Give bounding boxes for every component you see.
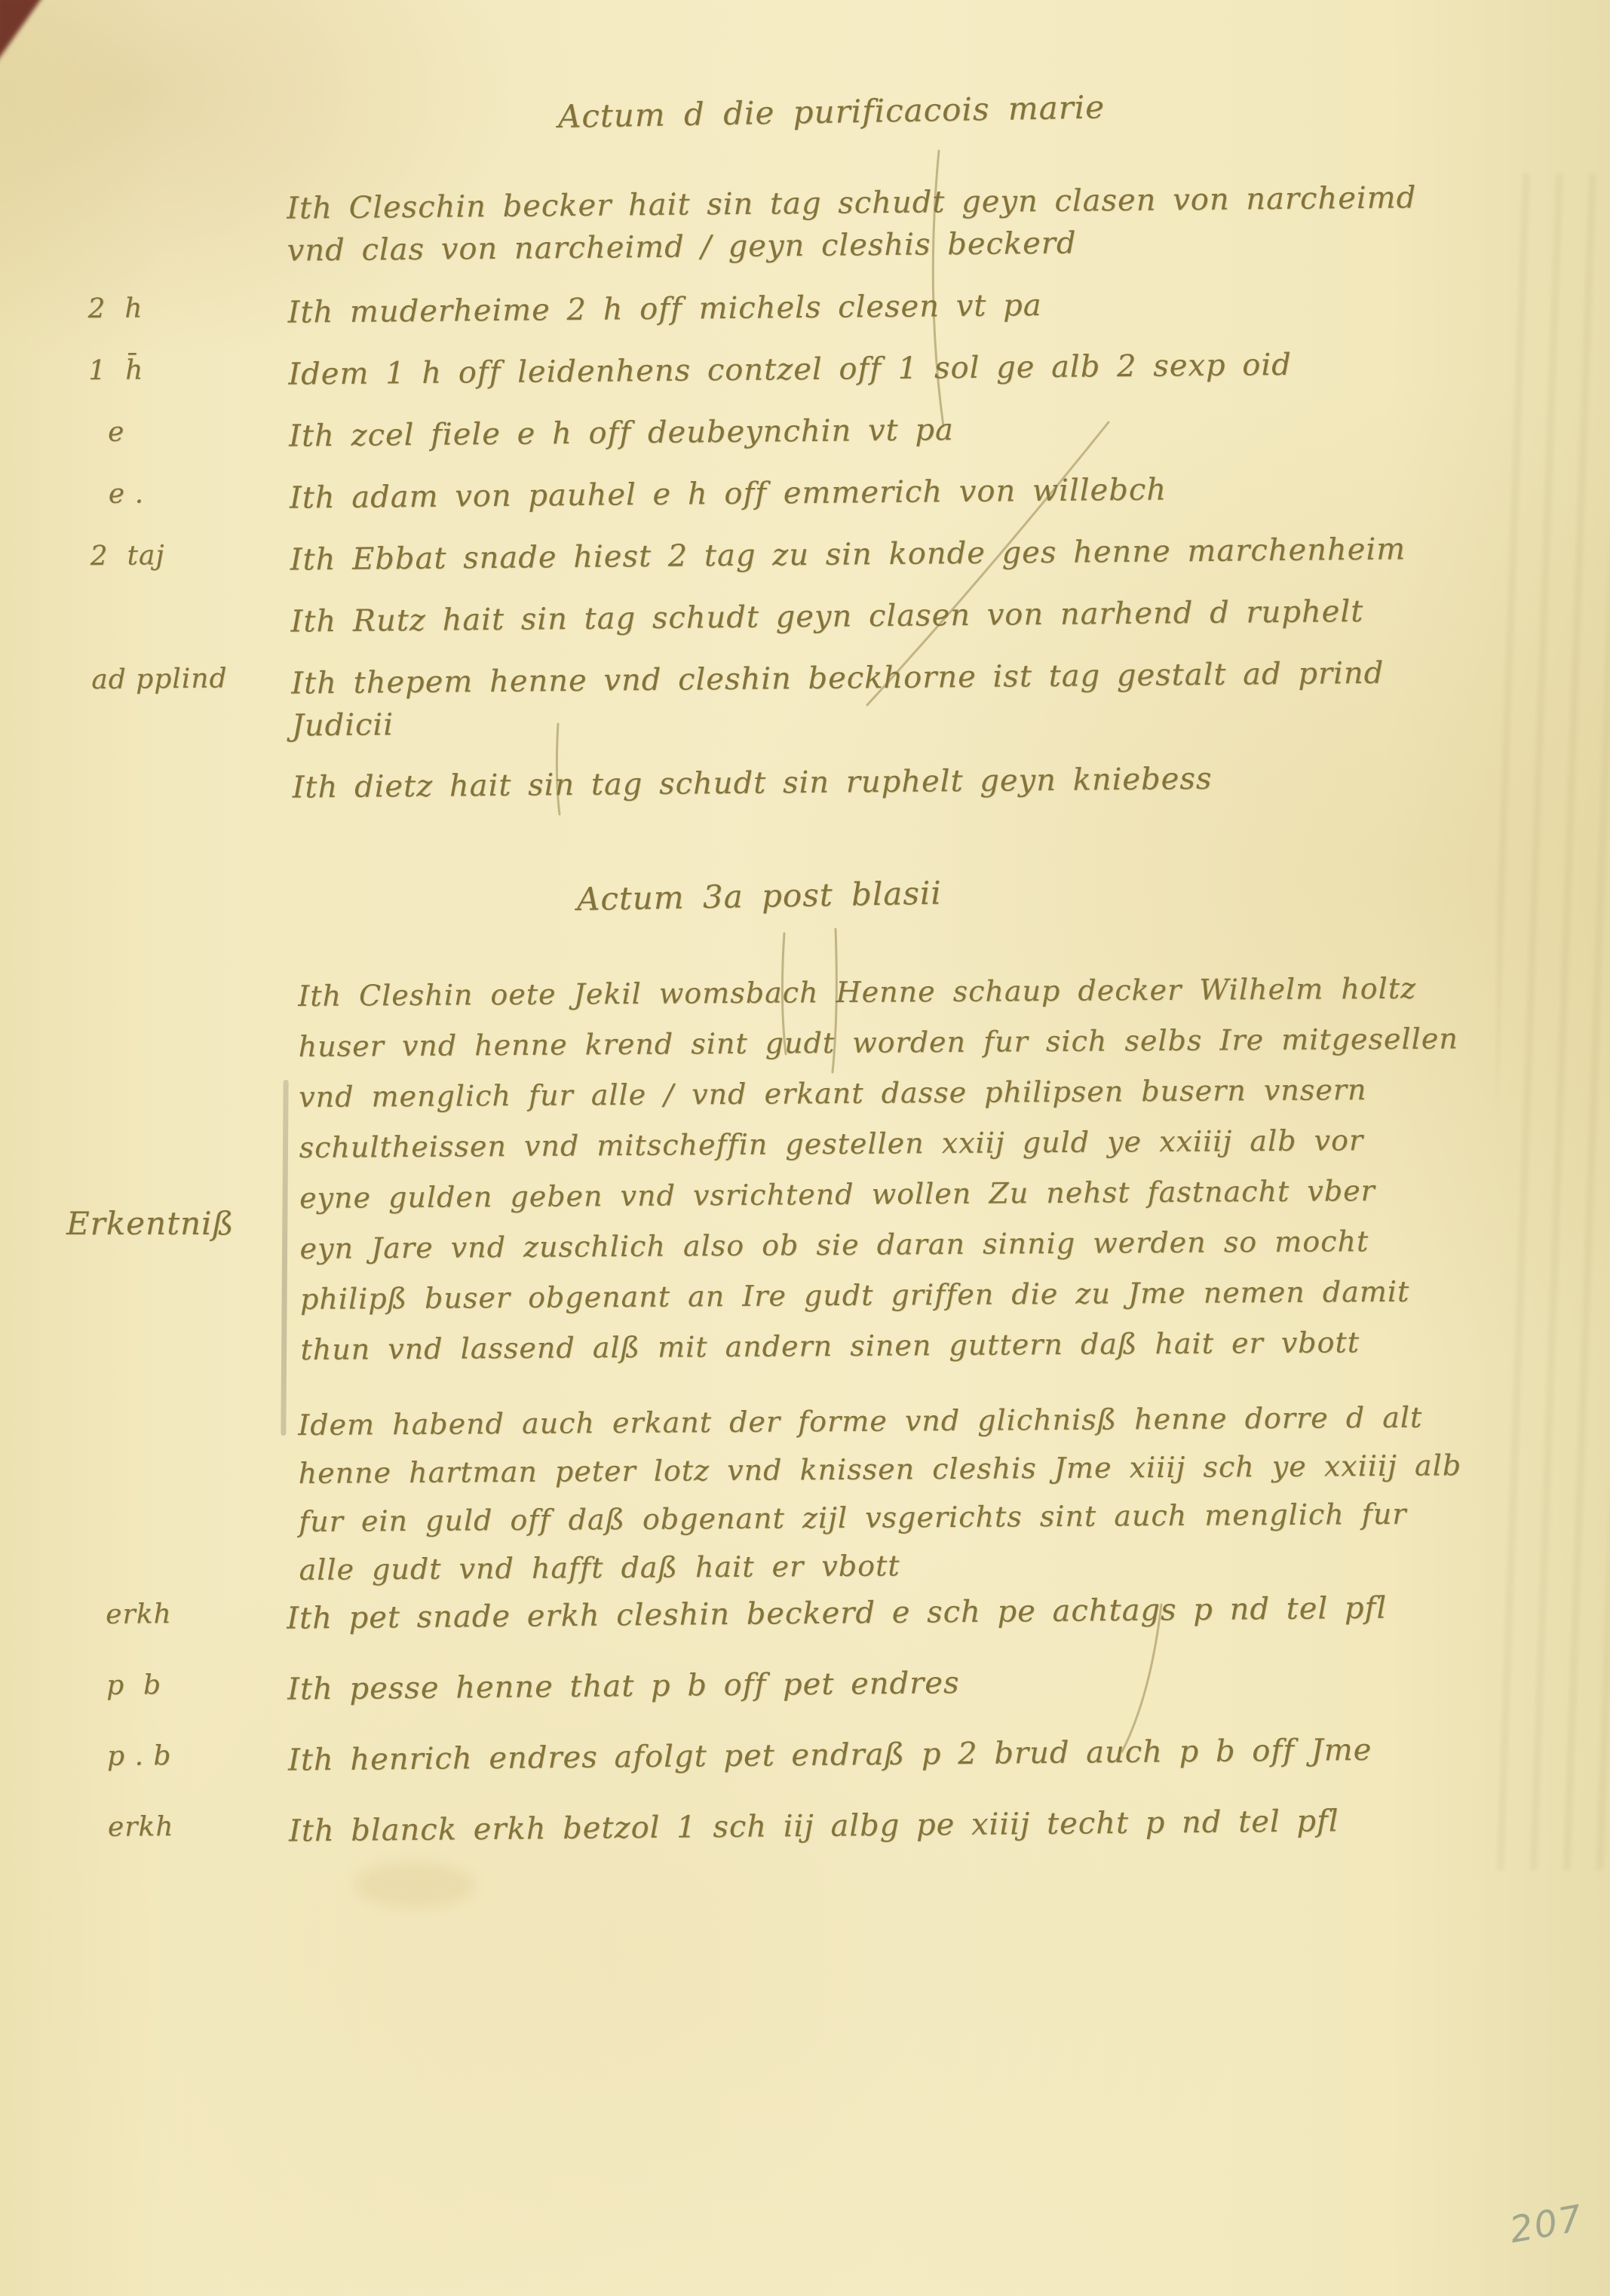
margin-label: 2 taj [26,539,290,572]
section-3-entries: erkh Ith pet snade erkh cleshin beckerd … [23,1586,1443,1884]
section-1-heading: Actum d die purificacois marie [558,88,1106,135]
manuscript-photograph: { "page": { "folio_number": "207", "pape… [0,0,1610,2296]
register-entry: erkh Ith pet snade erkh cleshin beckerd … [23,1586,1440,1642]
entry-text: Ith dietz hait sin tag schudt sin ruphel… [292,756,1446,809]
entry-text: Ith zcel fiele e h off deubeynchin vt pa [289,404,1443,458]
paragraph-line: Ith Cleshin oete Jekil womsbach Henne sc… [298,963,1452,1022]
register-entry: 2 h Ith muderheime 2 h off michels clese… [23,280,1441,336]
paragraph-line: Idem habend auch erkant der forme vnd gl… [298,1393,1452,1449]
register-entry: erkh Ith blanck erkh betzol 1 sch iij al… [25,1799,1443,1855]
entry-text: Ith adam von pauhel e h off emmerich von… [290,466,1443,520]
register-entry: Ith dietz hait sin tag schudt sin ruphel… [28,756,1446,811]
verso-show-through [1497,173,1610,1870]
margin-label [28,767,292,769]
entry-text: Ith Ebbat snade hiest 2 tag zu sin konde… [290,528,1443,581]
margin-label: p b [23,1669,287,1702]
paragraph-line: vnd menglich fur alle / vnd erkant dasse… [299,1064,1452,1123]
margin-note-erkentnis: Erkentniß [66,1205,235,1242]
margin-label: 1 h̄ [24,354,288,387]
book-corner-shadow [0,0,44,63]
paragraph-line: alle gudt vnd hafft daß hait er vbott [299,1537,1452,1594]
section-1-entries: Ith Cleschin becker hait sin tag schudt … [23,176,1446,831]
margin-label: erkh [23,1598,287,1631]
register-entry: p . b Ith henrich endres afolgt pet endr… [24,1728,1442,1784]
paragraph-line: fur ein guld off daß obgenant zijl vsger… [299,1489,1452,1546]
register-entry: ad pplind Ith thepem henne vnd cleshin b… [27,651,1446,749]
marginal-bracket-line [281,1080,288,1436]
section-2-heading: Actum 3a post blasii [577,875,943,918]
folio-number: 207 [1507,2197,1587,2252]
paragraph-line: eyn Jare vnd zuschlich also ob sie daran… [299,1215,1453,1274]
paragraph-line: huser vnd henne krend sint gudt worden f… [298,1013,1452,1072]
register-entry: p b Ith pesse henne that p b off pet end… [23,1657,1441,1713]
register-entry: 2 taj Ith Ebbat snade hiest 2 tag zu sin… [26,528,1443,584]
entry-text: Ith blanck erkh betzol 1 sch iij albg pe… [289,1799,1443,1853]
margin-label: erkh [25,1810,289,1844]
paragraph-line: schultheissen vnd mitscheffin gestellen … [299,1114,1452,1173]
entry-text: Ith thepem henne vnd cleshin beckhorne i… [291,651,1446,747]
margin-label: ad pplind [27,663,291,696]
margin-label: e . [26,477,290,510]
register-entry: Ith Cleschin becker hait sin tag schudt … [23,176,1441,274]
entry-text: Ith Rutz hait sin tag schudt geyn clasen… [290,590,1444,643]
margin-label: 2 h [23,292,287,325]
entry-text: Ith henrich endres afolgt pet endraß p 2… [288,1728,1442,1782]
register-entry: e . Ith adam von pauhel e h off emmerich… [26,466,1443,522]
section-2-paragraph-1: Ith Cleshin oete Jekil womsbach Henne sc… [298,963,1455,1375]
paragraph-line: philipß buser obgenant an Ire gudt griff… [300,1266,1454,1325]
register-entry: 1 h̄ Idem 1 h off leidenhens contzel off… [24,342,1442,398]
entry-text: Idem 1 h off leidenhens contzel off 1 so… [288,342,1442,396]
section-2-paragraph-2: Idem habend auch erkant der forme vnd gl… [298,1393,1453,1594]
register-entry: e Ith zcel fiele e h off deubeynchin vt … [25,404,1443,460]
margin-label [23,188,287,190]
paragraph-line: thun vnd lassend alß mit andern sinen gu… [300,1317,1454,1375]
entry-text: Ith pesse henne that p b off pet endres [287,1657,1441,1711]
margin-label [26,601,290,603]
entry-text: Ith Cleschin becker hait sin tag schudt … [287,176,1441,272]
entry-text: Ith pet snade erkh cleshin beckerd e sch… [287,1586,1440,1640]
margin-label: e [25,415,289,449]
margin-label: p . b [24,1740,288,1773]
paragraph-line: eyne gulden geben vnd vsrichtend wollen … [299,1165,1453,1224]
register-entry: Ith Rutz hait sin tag schudt geyn clasen… [26,590,1444,645]
paragraph-line: henne hartman peter lotz vnd knissen cle… [298,1441,1452,1497]
entry-text: Ith muderheime 2 h off michels clesen vt… [287,280,1441,334]
